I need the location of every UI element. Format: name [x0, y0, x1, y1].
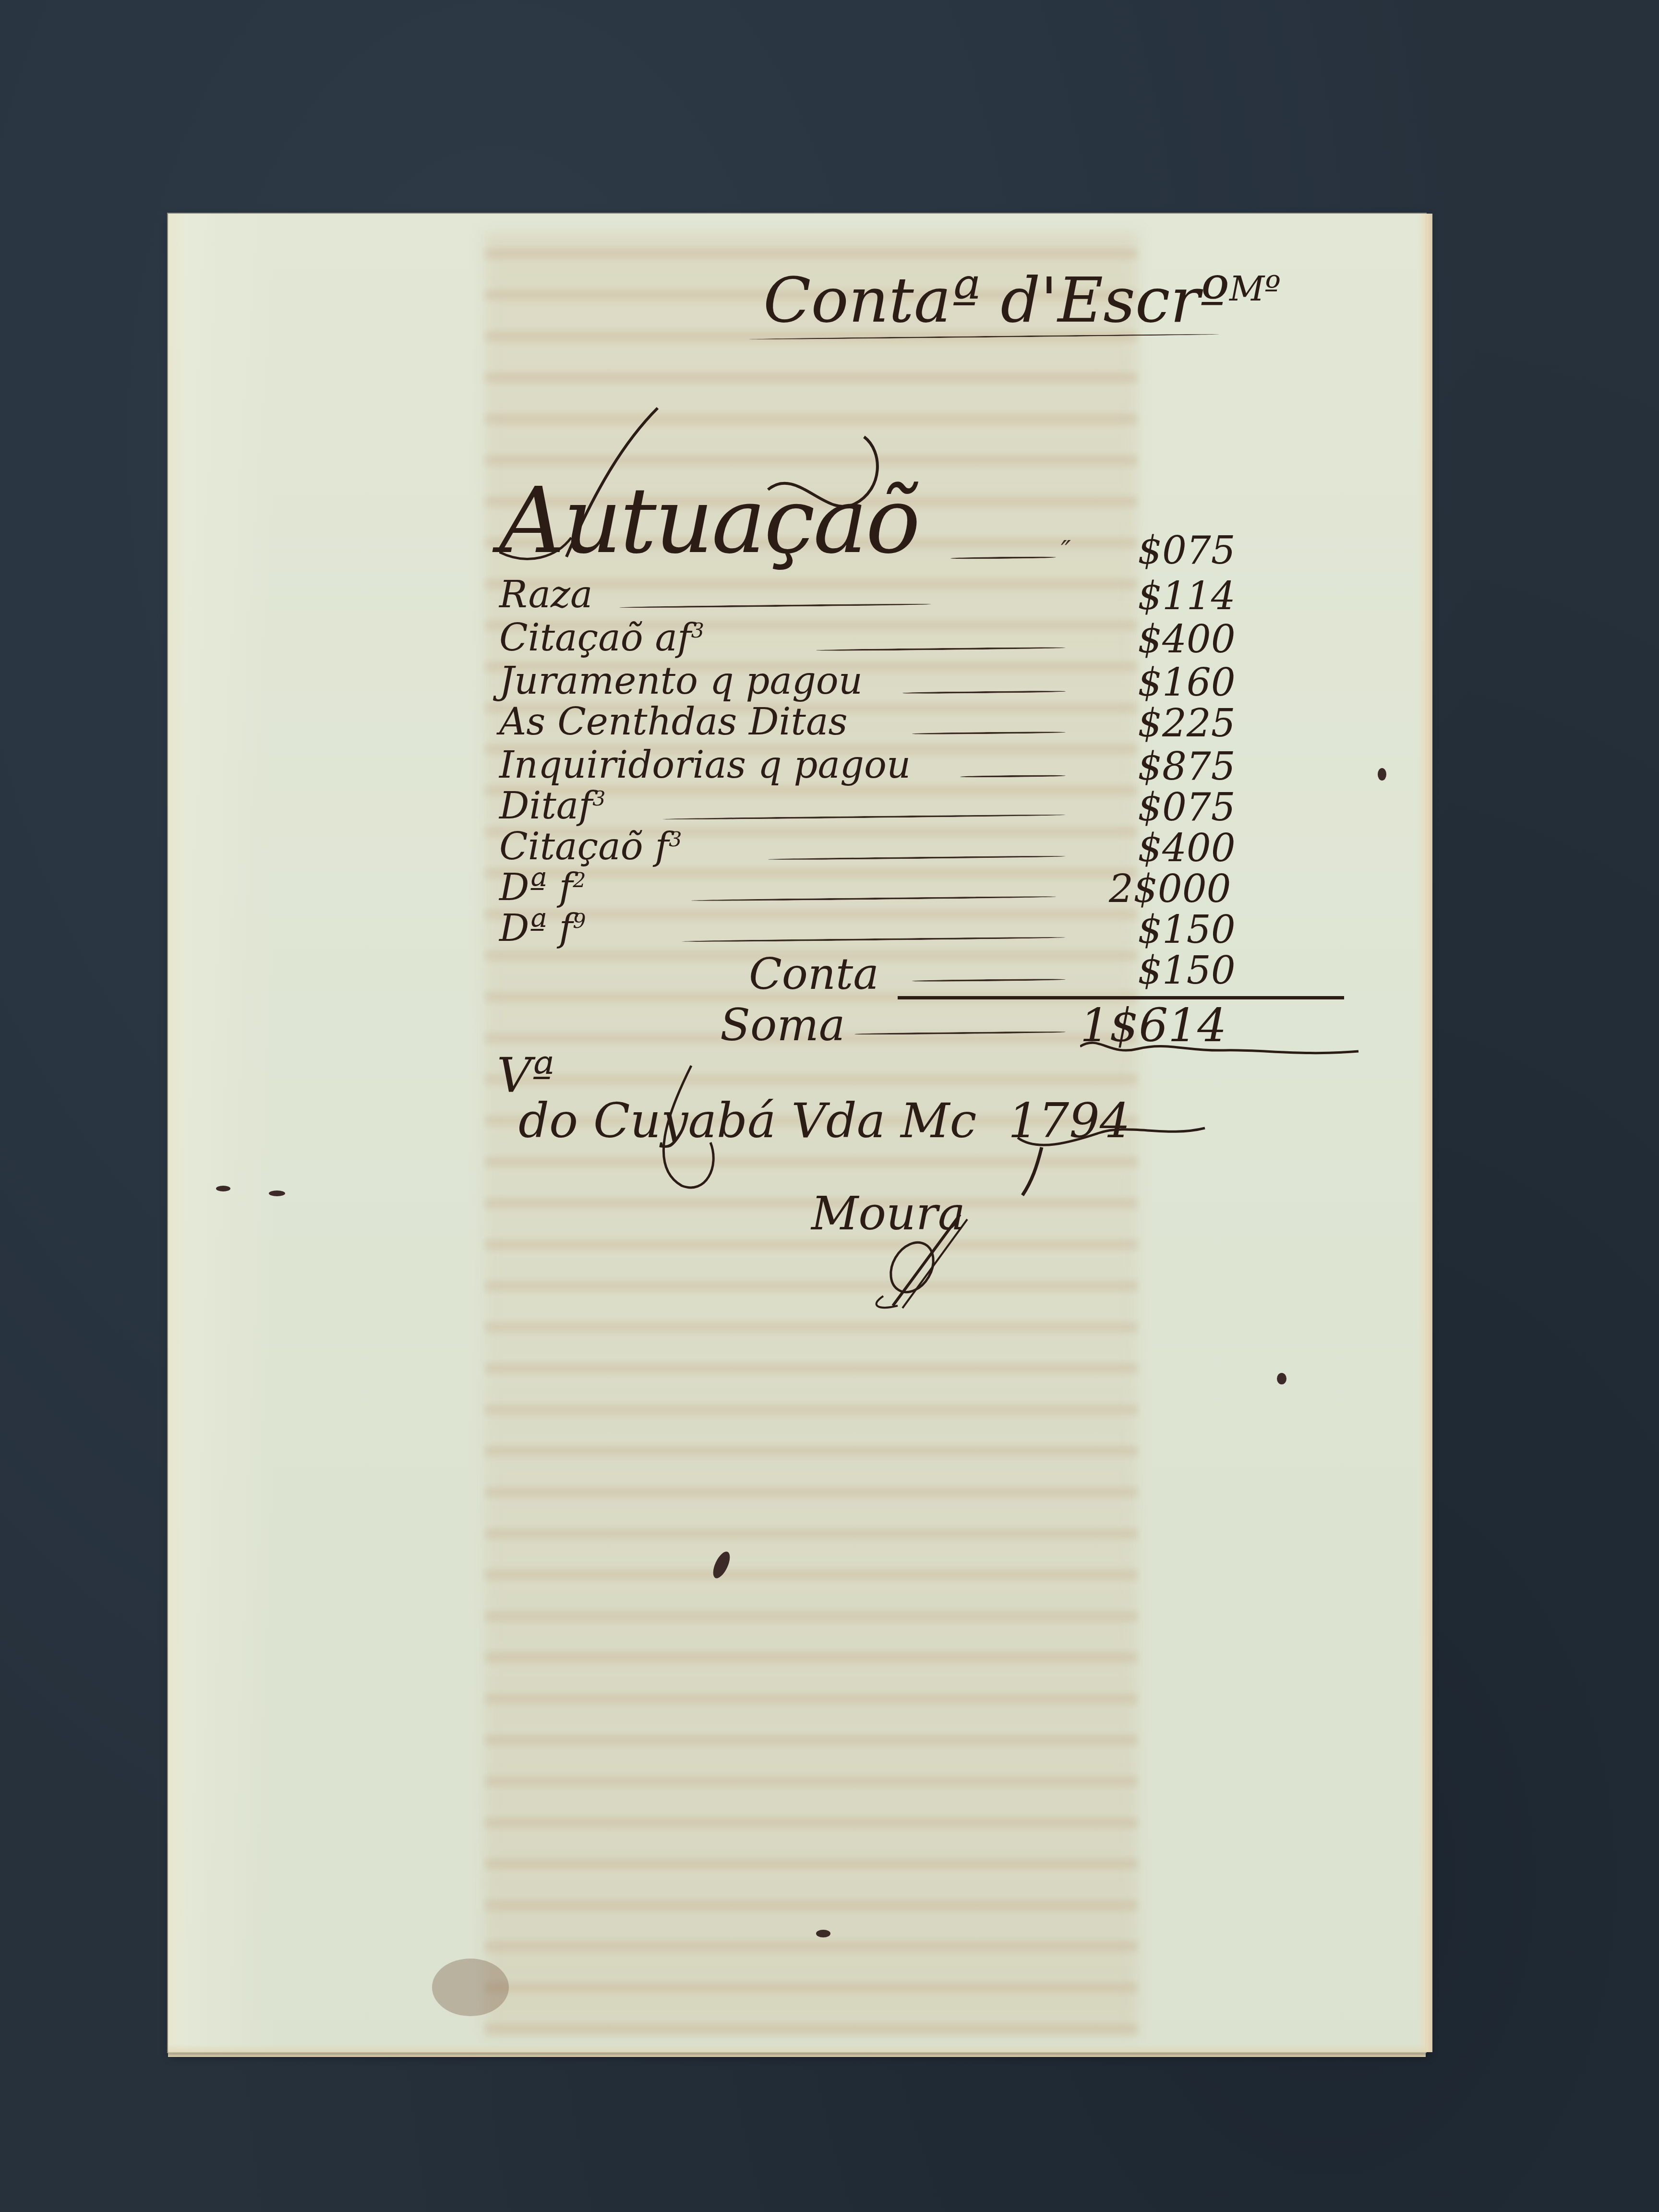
- item-label-text: Citaçaõ af: [499, 616, 691, 660]
- item-amount: $225: [1138, 701, 1236, 745]
- soma-label: Soma: [720, 1003, 845, 1047]
- item-label: Juramento q pagou: [499, 662, 863, 700]
- item-amount: $160: [1138, 660, 1236, 705]
- place-flourish-icon: [638, 1056, 1262, 1200]
- folio-number: 3: [669, 828, 682, 852]
- place-prefix: Vª: [497, 1051, 554, 1099]
- item-amount: $400: [1138, 617, 1236, 661]
- item-amount: 2$000: [1109, 866, 1231, 911]
- item-label: Dª f9: [499, 910, 586, 947]
- foxing-stain: [432, 1959, 509, 2016]
- folio-number: 3: [691, 619, 704, 643]
- item-label: Raza: [499, 576, 593, 613]
- item-label: Citaçaõ af3: [499, 619, 704, 657]
- paper-edge-bottom: [168, 2044, 1426, 2057]
- item-amount: $075: [1138, 785, 1236, 829]
- ink-stain: [269, 1190, 285, 1196]
- item-label-text: Ditaf: [499, 784, 592, 828]
- item-amount: $114: [1138, 574, 1236, 618]
- item-label: Citaçaõ f3: [499, 828, 682, 866]
- ink-stain: [1277, 1373, 1286, 1384]
- title-flourish-icon: [499, 394, 931, 566]
- header-superscript: Mº: [1229, 269, 1281, 309]
- item-amount: $875: [1138, 744, 1236, 789]
- item-label: Dª f2: [499, 869, 586, 906]
- signature-flourish-icon: [864, 1214, 989, 1310]
- item-label-text: Dª f: [499, 907, 573, 950]
- title-amount: $075: [1138, 528, 1236, 573]
- header-text: Contaª d'Escrº: [763, 264, 1229, 337]
- ink-stain: [1378, 768, 1386, 781]
- ditto-mark: ″: [1061, 535, 1071, 566]
- item-label-text: Dª f: [499, 866, 573, 909]
- ink-stain: [816, 1930, 830, 1937]
- ink-stain: [216, 1186, 230, 1191]
- item-label: As Centhdas Ditas: [499, 703, 847, 741]
- item-amount: $150: [1138, 907, 1236, 952]
- folio-number: 3: [592, 787, 605, 811]
- folio-number: 9: [573, 909, 586, 933]
- item-amount: $400: [1138, 826, 1236, 870]
- paper-edge-right: [1418, 214, 1432, 2052]
- item-label: Ditaf3: [499, 787, 606, 825]
- conta-label: Conta: [749, 953, 879, 996]
- conta-amount: $150: [1138, 948, 1236, 993]
- item-label-text: Citaçaõ f: [499, 825, 669, 868]
- item-label: Inquiridorias q pagou: [499, 746, 911, 784]
- header-title: Contaª d'EscrºMº: [763, 269, 1281, 331]
- paper-edge-left: [168, 214, 187, 2052]
- folio-number: 2: [573, 868, 586, 892]
